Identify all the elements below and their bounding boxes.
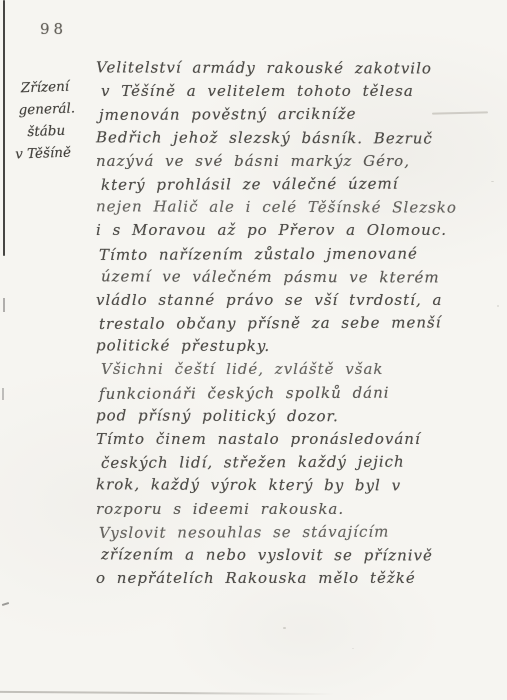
handwritten-line: Tímto nařízením zůstalo jmenované xyxy=(99,242,500,267)
handwritten-line: českých lidí, střežen každý jejich xyxy=(101,450,500,475)
scan-edge-segment xyxy=(3,298,5,312)
handwritten-line: území ve válečném pásmu ve kterém xyxy=(101,265,500,290)
handwritten-line: jmenován pověstný arcikníže xyxy=(99,103,500,128)
ink-speck xyxy=(352,648,354,649)
handwritten-line: krok, každý výrok který by byl v xyxy=(96,474,500,499)
handwritten-line: zřízením a nebo vyslovit se příznivě xyxy=(101,543,500,568)
handwritten-line: politické přestupky. xyxy=(96,335,500,360)
margin-note-line: Zřízení xyxy=(20,74,101,99)
handwritten-line: který prohlásil ze válečné území xyxy=(101,172,500,197)
margin-note-line: v Těšíně xyxy=(15,140,104,165)
page-number: 98 xyxy=(40,20,67,38)
margin-note: Zřízení generál. štábu v Těšíně xyxy=(12,74,103,165)
scan-edge-tick xyxy=(2,602,9,606)
scanned-manuscript-page: 98 Zřízení generál. štábu v Těšíně Velit… xyxy=(0,0,507,700)
handwritten-body-text: Velitelství armády rakouské zakotvilo v … xyxy=(96,57,500,590)
handwritten-line: nejen Halič ale i celé Těšínské Slezsko xyxy=(96,195,500,220)
bottom-scan-edge xyxy=(0,691,334,695)
handwritten-line: nazývá ve své básni markýz Géro, xyxy=(96,150,500,173)
ink-speck xyxy=(283,627,286,629)
handwritten-line: v Těšíně a velitelem tohoto tělesa xyxy=(101,80,500,103)
handwritten-line: o nepřátelích Rakouska mělo těžké xyxy=(96,567,500,590)
handwritten-line: rozporu s ideemi rakouska. xyxy=(96,498,500,521)
handwritten-line: Všichni čeští lidé, zvláště však xyxy=(101,358,500,381)
handwritten-line: funkcionáři českých spolků dáni xyxy=(99,381,500,406)
handwritten-line: Vyslovit nesouhlas se stávajícím xyxy=(99,520,500,545)
handwritten-line: pod přísný politický dozor. xyxy=(96,404,500,429)
handwritten-line: i s Moravou až po Přerov a Olomouc. xyxy=(96,219,500,242)
margin-note-line: štábu xyxy=(27,118,103,143)
handwritten-line: Velitelství armády rakouské zakotvilo xyxy=(96,56,500,81)
handwritten-line: vládlo stanné právo se vší tvrdostí, a xyxy=(96,289,500,312)
handwritten-line: Tímto činem nastalo pronásledování xyxy=(96,428,500,451)
margin-note-line: generál. xyxy=(18,96,102,121)
handwritten-line: trestalo občany přísně za sebe menší xyxy=(99,311,500,336)
scan-edge-segment xyxy=(2,388,4,400)
handwritten-line: Bedřich jehož slezský básník. Bezruč xyxy=(96,126,500,151)
scan-edge-line xyxy=(3,0,5,256)
